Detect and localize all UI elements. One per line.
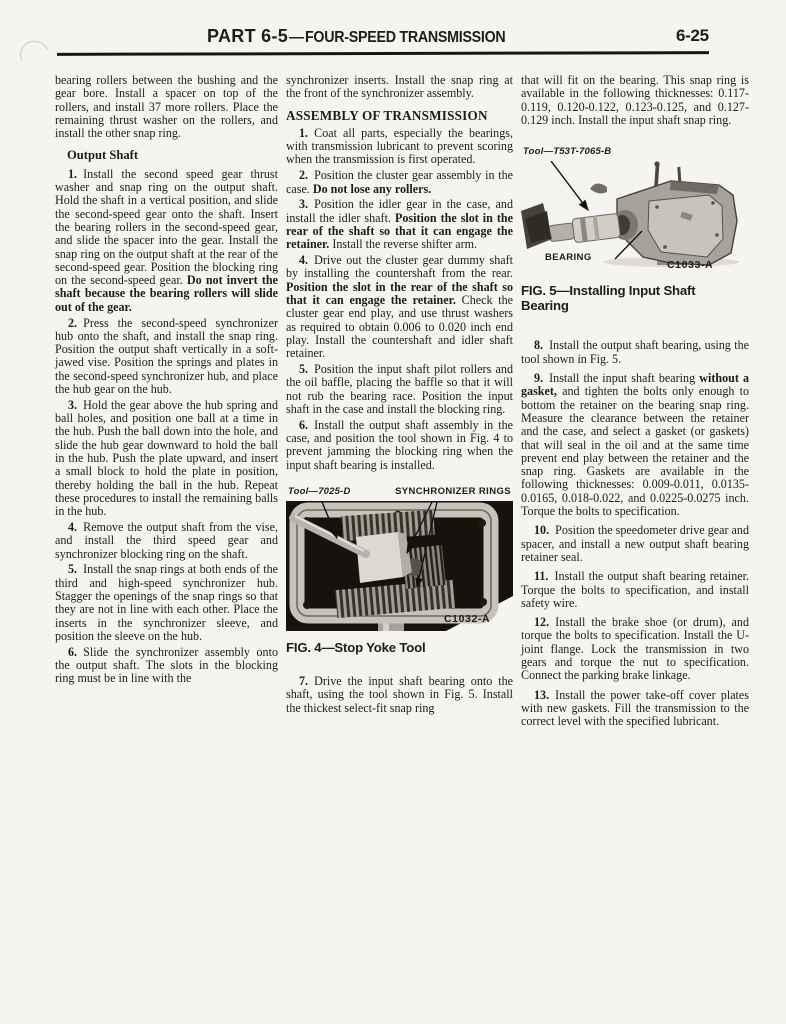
- step-3: 3. Hold the gear above the hub spring an…: [55, 399, 278, 519]
- step-4: 4. Drive out the cluster gear dummy shaf…: [286, 254, 513, 360]
- photo-code: C1033-A: [667, 259, 713, 272]
- step-3: 3. Position the idler gear in the case, …: [286, 198, 513, 251]
- part-title: FOUR-SPEED TRANSMISSION: [305, 29, 505, 47]
- column-3: that will fit on the bearing. This snap …: [521, 74, 749, 729]
- paragraph: that will fit on the bearing. This snap …: [521, 74, 749, 127]
- bolt-hole: [479, 598, 487, 606]
- figure-5-caption: FIG. 5—Installing Input Shaft Bearing: [521, 283, 711, 313]
- step-1: 1. Install the second speed gear thrust …: [55, 168, 278, 314]
- step-4: 4. Remove the output shaft from the vise…: [55, 521, 278, 561]
- bearing-label: BEARING: [545, 251, 592, 264]
- page-number: 6-25: [676, 26, 709, 46]
- case-front-panel: [648, 195, 723, 257]
- photo-code: C1032-A: [444, 613, 490, 626]
- part-number: PART 6-5: [207, 26, 288, 46]
- figure-4: Tool—7025-D SYNCHRONIZER RINGS: [286, 485, 513, 655]
- step-7: 7. Drive the input shaft bearing onto th…: [286, 675, 513, 715]
- paragraph: synchronizer inserts. Install the snap r…: [286, 74, 513, 101]
- bolt-hole: [478, 519, 486, 527]
- stop-yoke-tool-block: [356, 532, 403, 583]
- tool-arrow: [551, 161, 588, 210]
- section-heading-assembly: ASSEMBLY OF TRANSMISSION: [286, 109, 513, 122]
- figure-4-caption: FIG. 4—Stop Yoke Tool: [286, 640, 513, 655]
- step-5: 5. Install the snap rings at both ends o…: [55, 563, 278, 643]
- column-2: synchronizer inserts. Install the snap r…: [286, 74, 513, 715]
- synchronizer-rings-label: SYNCHRONIZER RINGS: [395, 485, 511, 498]
- column-1: bearing rollers between the bushing and …: [55, 74, 278, 686]
- step-6: 6. Slide the synchronizer assembly onto …: [55, 646, 278, 686]
- manual-page: PART 6-5—FOUR-SPEED TRANSMISSION 6-25 be…: [0, 0, 786, 1024]
- step-1: 1. Coat all parts, especially the bearin…: [286, 127, 513, 167]
- page-header: PART 6-5—FOUR-SPEED TRANSMISSION: [0, 26, 730, 47]
- step-2: 2. Position the cluster gear assembly in…: [286, 169, 513, 196]
- step-12: 12. Install the brake shoe (or drum), an…: [521, 616, 749, 682]
- step-5: 5. Position the input shaft pilot roller…: [286, 363, 513, 416]
- figure-5-labels: Tool—T53T-7065-B: [523, 145, 747, 158]
- step-11: 11. Install the output shaft bearing ret…: [521, 570, 749, 610]
- figure-4-photo-stop-yoke-tool: [286, 501, 513, 631]
- figure-4-labels: Tool—7025-D SYNCHRONIZER RINGS: [288, 485, 511, 498]
- tool-callout-label: Tool—T53T-7065-B: [523, 145, 611, 158]
- figure-5: Tool—T53T-7065-B: [521, 145, 749, 313]
- tool-callout-label: Tool—7025-D: [288, 485, 351, 498]
- step-9: 9. Install the input shaft bearing witho…: [521, 372, 749, 518]
- bolt-hole: [303, 601, 311, 609]
- step-6: 6. Install the output shaft assembly in …: [286, 419, 513, 472]
- step-8: 8. Install the output shaft bearing, usi…: [521, 339, 749, 366]
- step-13: 13. Install the power take-off cover pla…: [521, 689, 749, 729]
- clip: [590, 184, 607, 194]
- header-rule: [57, 51, 709, 55]
- section-heading-output-shaft: Output Shaft: [67, 149, 278, 162]
- paragraph: bearing rollers between the bushing and …: [55, 74, 278, 140]
- step-2: 2. Press the second-speed synchronizer h…: [55, 317, 278, 397]
- header-dash: —: [288, 29, 305, 46]
- step-10: 10. Position the speedometer drive gear …: [521, 524, 749, 564]
